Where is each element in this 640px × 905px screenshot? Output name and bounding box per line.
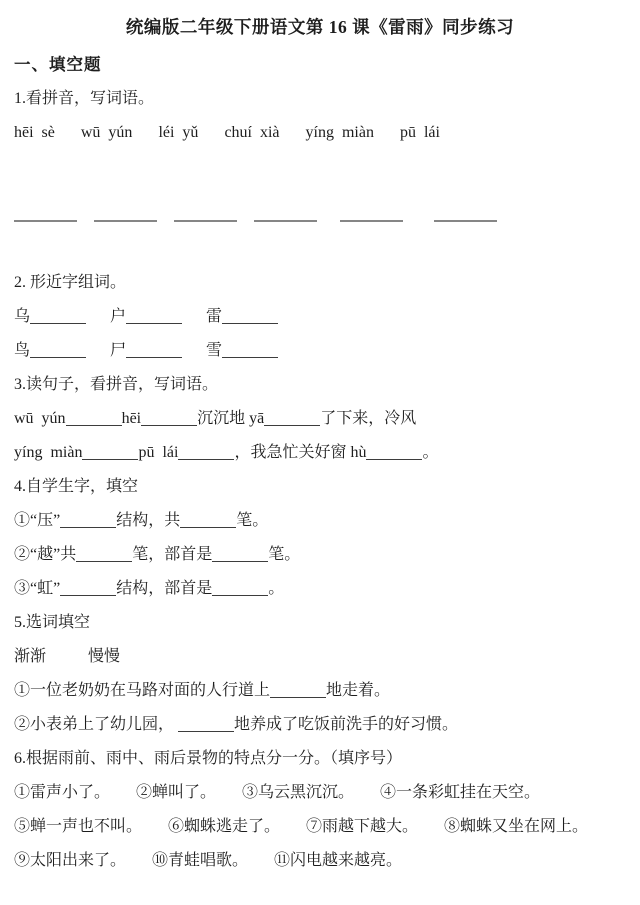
answer-blank [434,206,497,224]
q4-prompt: 4.自学生字，填空 [14,470,626,504]
q6-option: ⑥蜘蛛逃走了。 [168,810,280,844]
q6-option: ⑤蝉一声也不叫。 [14,810,142,844]
q6-prompt: 6.根据雨前、雨中、雨后景物的特点分一分。（填序号） [14,742,626,776]
page-title: 统编版二年级下册语文第 16 课《雷雨》同步练习 [14,14,626,40]
pinyin-word: yíng miàn [306,116,374,150]
pinyin-word: wū yún [81,116,133,150]
q2-row-1: 乌 户 雷 [14,300,626,334]
answer-blank [340,206,403,224]
q4-item-2: ②“越”共笔，部首是笔。 [14,538,626,572]
q2-cell: 户 [110,300,182,334]
q1-pinyin-row: hēi sè wū yún léi yǔ chuí xià yíng miàn … [14,116,626,150]
q2-cell: 尸 [110,334,182,368]
q6-option: ⑧蜘蛛又坐在网上。 [444,810,588,844]
q6-option: ①雷声小了。 [14,776,110,810]
q5-prompt: 5.选词填空 [14,606,626,640]
q6-option: ③乌云黑沉沉。 [242,776,354,810]
q2-cell: 鸟 [14,334,86,368]
q4-item-1: ①“压”结构，共笔。 [14,504,626,538]
answer-blank [94,206,157,224]
pinyin-word: pū lái [400,116,440,150]
q5-item-1: ①一位老奶奶在马路对面的人行道上地走着。 [14,674,626,708]
q2-cell: 雪 [206,334,278,368]
q6-option: ⑪闪电越来越亮。 [274,844,402,878]
q6-row-3: ⑨太阳出来了。 ⑩青蛙唱歌。 ⑪闪电越来越亮。 [14,844,626,878]
word-bank-item: 慢慢 [88,640,120,674]
worksheet-page: 统编版二年级下册语文第 16 课《雷雨》同步练习 一、填空题 1.看拼音，写词语… [0,0,640,878]
q6-option: ⑨太阳出来了。 [14,844,126,878]
q6-option: ④一条彩虹挂在天空。 [380,776,540,810]
q2-cell: 雷 [206,300,278,334]
q2-cell: 乌 [14,300,86,334]
q2-prompt: 2. 形近字组词。 [14,266,626,300]
q6-option: ⑦雨越下越大。 [306,810,418,844]
pinyin-word: hēi sè [14,116,55,150]
q6-option: ⑩青蛙唱歌。 [152,844,248,878]
q1-answer-blank-row [14,198,626,232]
q4-item-3: ③“虹”结构，部首是。 [14,572,626,606]
q6-row-1: ①雷声小了。 ②蝉叫了。 ③乌云黑沉沉。 ④一条彩虹挂在天空。 [14,776,626,810]
q3-sentence-1: wū yúnhēi沉沉地 yā了下来，冷风 [14,402,626,436]
answer-blank [174,206,237,224]
q3-prompt: 3.读句子，看拼音，写词语。 [14,368,626,402]
section-heading: 一、填空题 [14,48,626,82]
q6-row-2: ⑤蝉一声也不叫。 ⑥蜘蛛逃走了。 ⑦雨越下越大。 ⑧蜘蛛又坐在网上。 [14,810,626,844]
q2-row-2: 鸟 尸 雪 [14,334,626,368]
q5-item-2: ②小表弟上了幼儿园， 地养成了吃饭前洗手的好习惯。 [14,708,626,742]
q5-word-bank: 渐渐 慢慢 [14,640,626,674]
q6-option: ②蝉叫了。 [136,776,216,810]
word-bank-item: 渐渐 [14,640,46,674]
answer-blank [254,206,317,224]
q3-sentence-2: yíng miànpū lái，我急忙关好窗 hù。 [14,436,626,470]
pinyin-word: chuí xià [224,116,279,150]
pinyin-word: léi yǔ [158,116,198,150]
answer-blank [14,206,77,224]
q1-prompt: 1.看拼音，写词语。 [14,82,626,116]
